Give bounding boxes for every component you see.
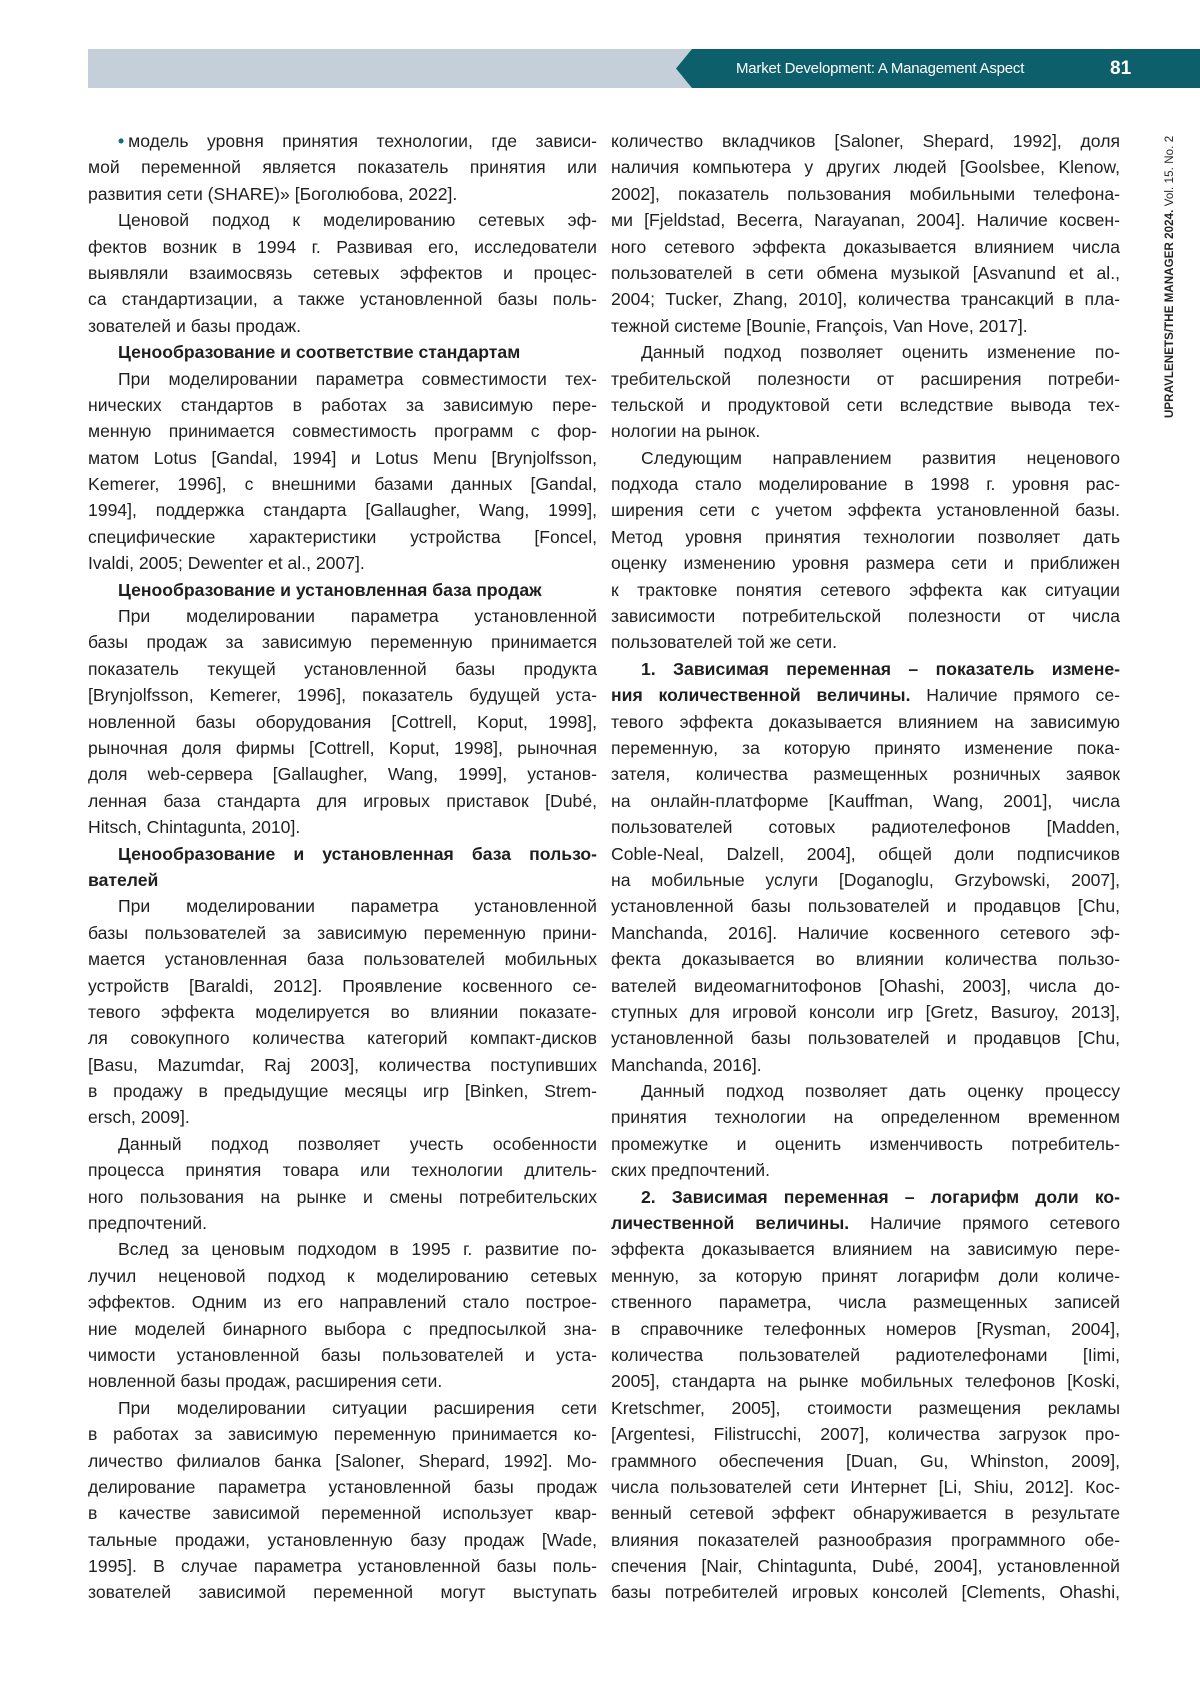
text-line: устройств [Baraldi, 2012]. Проявление ко… (88, 973, 597, 999)
journal-name: UPRAVLENETS/THE MANAGER 2024. (1164, 210, 1176, 418)
text-line: рыночная доля фирмы [Cottrell, Koput, 19… (88, 735, 597, 761)
text-line: ного пользования на рынке и смены потреб… (88, 1184, 597, 1210)
text-line: 1995]. В случае параметра установленной … (88, 1553, 597, 1579)
section-heading: Ценообразование и установленная база пол… (88, 841, 597, 867)
text-line: на мобильные услуги [Doganoglu, Grzybows… (611, 867, 1120, 893)
text-line: мается установленная база пользователей … (88, 946, 597, 972)
text-line: требительской полезности от расширения п… (611, 366, 1120, 392)
text-line: в работах за зависимую переменную приним… (88, 1421, 597, 1447)
text-line: личество филиалов банка [Saloner, Shepar… (88, 1448, 597, 1474)
page-number: 81 (1110, 49, 1131, 88)
text-line: матом Lotus [Gandal, 1994] и Lotus Menu … (88, 445, 597, 471)
text-line: 2002], показатель пользования мобильными… (611, 181, 1120, 207)
text-line: При моделировании параметра установленно… (88, 603, 597, 629)
text-line: ступных для игровой консоли игр [Gretz, … (611, 999, 1120, 1025)
text-line: Данный подход позволяет учесть особеннос… (88, 1131, 597, 1157)
text-line: Kretschmer, 2005], стоимости размещения … (611, 1395, 1120, 1421)
text-line: промежутке и оценить изменчивость потреб… (611, 1131, 1120, 1157)
text-line: наличия компьютера у других людей [Gools… (611, 154, 1120, 180)
bullet-icon: • (118, 131, 124, 151)
text-line: Метод уровня принятия технологии позволя… (611, 524, 1120, 550)
text-line: Manchanda, 2016]. Наличие косвенного сет… (611, 920, 1120, 946)
text-line: ние моделей бинарного выбора с предпосыл… (88, 1316, 597, 1342)
text-line: в справочнике телефонных номеров [Rysman… (611, 1316, 1120, 1342)
text-line: подхода стало моделирование в 1998 г. ур… (611, 471, 1120, 497)
text-line: Ivaldi, 2005; Dewenter et al., 2007]. (88, 550, 597, 576)
text-line: чимости установленной базы пользователей… (88, 1342, 597, 1368)
text-line: 2005], стандарта на рынке мобильных теле… (611, 1368, 1120, 1394)
text-line: Следующим направлением развития неценово… (611, 445, 1120, 471)
mixed-line: ния количественной величины. Наличие пря… (611, 682, 1120, 708)
text-line: тежной системе [Bounie, François, Van Ho… (611, 313, 1120, 339)
text-line: Данный подход позволяет оценить изменени… (611, 339, 1120, 365)
text-line: эффекта доказывается влиянием на зависим… (611, 1236, 1120, 1262)
text-line: ного сетевого эффекта доказывается влиян… (611, 234, 1120, 260)
text-line: Данный подход позволяет дать оценку проц… (611, 1078, 1120, 1104)
text-line: базы потребителей игровых консолей [Clem… (611, 1579, 1120, 1605)
text-line: [Brynjolfsson, Kemerer, 1996], показател… (88, 682, 597, 708)
text-line: влияния показателей разнообразия програм… (611, 1527, 1120, 1553)
text-line: к трактовке понятия сетевого эффекта как… (611, 577, 1120, 603)
text-line: граммного обеспечения [Duan, Gu, Whinsto… (611, 1448, 1120, 1474)
text-line: количество вкладчиков [Saloner, Shepard,… (611, 128, 1120, 154)
text-line: ских предпочтений. (611, 1157, 1120, 1183)
text-line: новленной базы оборудования [Cottrell, K… (88, 709, 597, 735)
text-line: показатель текущей установленной базы пр… (88, 656, 597, 682)
text-line: Ценовой подход к моделированию сетевых э… (88, 207, 597, 233)
text-line: тевого эффекта доказывается влиянием на … (611, 709, 1120, 735)
section-heading: Ценообразование и установленная база про… (88, 577, 597, 603)
section-heading: вателей (88, 867, 597, 893)
text-line: менную принимается совместимость програм… (88, 418, 597, 444)
text-line: фекта доказывается во влиянии количества… (611, 946, 1120, 972)
text-line: принятия технологии на определенном врем… (611, 1104, 1120, 1130)
text-line: зависимости потребительской полезности о… (611, 603, 1120, 629)
text-line: на онлайн-платформе [Kauffman, Wang, 200… (611, 788, 1120, 814)
text-line: зователей и базы продаж. (88, 313, 597, 339)
text-line: Manchanda, 2016]. (611, 1052, 1120, 1078)
text-line: установленной базы пользователей и прода… (611, 1025, 1120, 1051)
text-line: делирование параметра установленной базы… (88, 1474, 597, 1500)
text-line: доля web-сервера [Gallaugher, Wang, 1999… (88, 761, 597, 787)
text-line: в продажу в предыдущие месяцы игр [Binke… (88, 1078, 597, 1104)
text-line: са стандартизации, а также установленной… (88, 286, 597, 312)
text-line: При моделировании параметра совместимост… (88, 366, 597, 392)
text-line: [Argentesi, Filistrucchi, 2007], количес… (611, 1421, 1120, 1447)
running-header-title: Market Development: A Management Aspect (736, 49, 1024, 88)
numbered-heading: 2. Зависимая переменная – логарифм доли … (611, 1184, 1120, 1210)
section-heading: Ценообразование и соответствие стандарта… (88, 339, 597, 365)
text-line: зователей зависимой переменной могут выс… (88, 1579, 597, 1605)
text-line: в качестве зависимой переменной использу… (88, 1500, 597, 1526)
text-line: специфические характеристики устройства … (88, 524, 597, 550)
text-line: фектов возник в 1994 г. Развивая его, ис… (88, 234, 597, 260)
text-line: При моделировании ситуации расширения се… (88, 1395, 597, 1421)
text-line: [Basu, Mazumdar, Raj 2003], количества п… (88, 1052, 597, 1078)
text-line: нологии на рынок. (611, 418, 1120, 444)
text-line: количества пользователей радиотелефонами… (611, 1342, 1120, 1368)
numbered-heading-tail: ния количественной величины. (611, 685, 910, 705)
text-line: нических стандартов в работах за зависим… (88, 392, 597, 418)
text-line: зателя, количества размещенных розничных… (611, 761, 1120, 787)
bullet-line: •модель уровня принятия технологии, где … (88, 128, 597, 154)
text-line: При моделировании параметра установленно… (88, 893, 597, 919)
journal-volume: Vol. 15. No. 2 (1164, 136, 1176, 210)
text-line: ля совокупного количества категорий комп… (88, 1025, 597, 1051)
numbered-heading-tail: личественной величины. (611, 1213, 849, 1233)
text-line: выявляли взаимосвязь сетевых эффектов и … (88, 260, 597, 286)
text-line: базы пользователей за зависимую переменн… (88, 920, 597, 946)
text-line: эффектов. Одним из его направлений стало… (88, 1289, 597, 1315)
text-line: ми [Fjeldstad, Becerra, Narayanan, 2004]… (611, 207, 1120, 233)
text-line: 1994], поддержка стандарта [Gallaugher, … (88, 497, 597, 523)
text-line: числа пользователей сети Интернет [Li, S… (611, 1474, 1120, 1500)
text-line: процесса принятия товара или технологии … (88, 1157, 597, 1183)
text-line: лучил неценовой подход к моделированию с… (88, 1263, 597, 1289)
text-line: установленной базы пользователей и прода… (611, 893, 1120, 919)
numbered-heading: 1. Зависимая переменная – показатель изм… (611, 656, 1120, 682)
text-line: тельской и продуктовой сети вследствие в… (611, 392, 1120, 418)
text-line: Kemerer, 1996], с внешними базами данных… (88, 471, 597, 497)
text-line: ширения сети с учетом эффекта установлен… (611, 497, 1120, 523)
text-line: ственного параметра, числа размещенных з… (611, 1289, 1120, 1315)
text-line: пользователей той же сети. (611, 629, 1120, 655)
journal-side-caption: UPRAVLENETS/THE MANAGER 2024. Vol. 15. N… (1164, 136, 1176, 418)
text-line: ersch, 2009]. (88, 1104, 597, 1130)
text-line: вателей видеомагнитофонов [Ohashi, 2003]… (611, 973, 1120, 999)
right-column: количество вкладчиков [Saloner, Shepard,… (611, 128, 1120, 1606)
text-line: пользователей сотовых радиотелефонов [Ma… (611, 814, 1120, 840)
text-line: 2004; Tucker, Zhang, 2010], количества т… (611, 286, 1120, 312)
text-line: оценку изменению уровня размера сети и п… (611, 550, 1120, 576)
text-line: спечения [Nair, Chintagunta, Dubé, 2004]… (611, 1553, 1120, 1579)
text-line: предпочтений. (88, 1210, 597, 1236)
text-line: ленная база стандарта для игровых приста… (88, 788, 597, 814)
text-line: пользователей в сети обмена музыкой [Asv… (611, 260, 1120, 286)
text-line: базы продаж за зависимую переменную прин… (88, 629, 597, 655)
text-line: развития сети (SHARE)» [Боголюбова, 2022… (88, 181, 597, 207)
text-line: мой переменной является показатель приня… (88, 154, 597, 180)
text-line: Hitsch, Chintagunta, 2010]. (88, 814, 597, 840)
text-line: тальные продажи, установленную базу прод… (88, 1527, 597, 1553)
text-line: новленной базы продаж, расширения сети. (88, 1368, 597, 1394)
text-line: Coble-Neal, Dalzell, 2004], общей доли п… (611, 841, 1120, 867)
mixed-line: личественной величины. Наличие прямого с… (611, 1210, 1120, 1236)
text-line: переменную, за которую принято изменение… (611, 735, 1120, 761)
text-line: венный сетевой эффект обнаруживается в р… (611, 1500, 1120, 1526)
text-line: тевого эффекта моделируется во влиянии п… (88, 999, 597, 1025)
left-column: •модель уровня принятия технологии, где … (88, 128, 597, 1606)
text-line: менную, за которую принят логарифм доли … (611, 1263, 1120, 1289)
text-line: Вслед за ценовым подходом в 1995 г. разв… (88, 1236, 597, 1262)
